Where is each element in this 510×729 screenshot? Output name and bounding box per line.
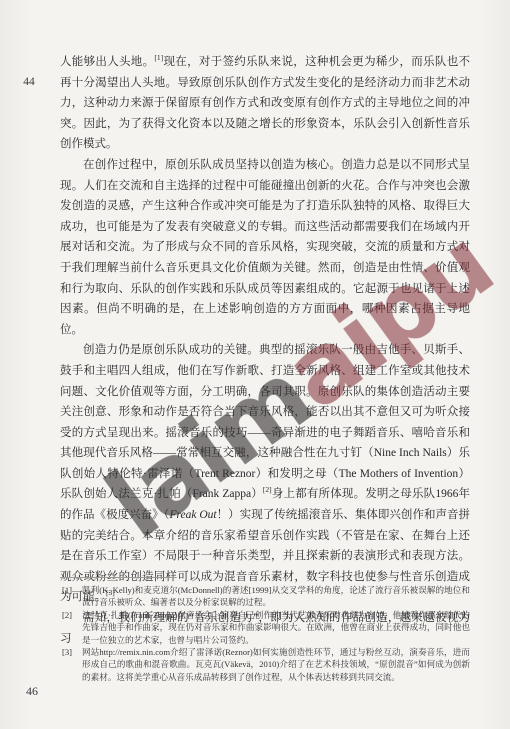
footnote-marker: [3] xyxy=(62,646,82,683)
book-page: 44 人能够出人头地。[1]现在，对于签约乐队来说，这种机会更为稀少，而乐队也不… xyxy=(0,0,510,729)
body-run: 人能够出人头地。 xyxy=(60,56,154,68)
paragraph: 在创作过程中，原创乐队成员坚持以创造为核心。创造力总是以不同形式呈现。人们在交流… xyxy=(60,155,470,340)
footnote-item: [3]网站http://remix.nin.com介绍了雷泽诺(Reznor)如… xyxy=(62,646,470,683)
footnote-text: 法兰克·扎帕(Frank Zappa)在音乐会上演奏自己创作的当代艺术音乐时也颇… xyxy=(82,609,470,646)
footnote-divider xyxy=(60,577,176,578)
footnote-marker: [2] xyxy=(62,609,82,646)
footnote-reference: [2] xyxy=(263,486,272,495)
body-run: 在创作过程中，原创乐队成员坚持以创造为核心。创造力总是以不同形式呈现。人们在交流… xyxy=(60,159,470,336)
footnote-text: 凯利(K. Kelly)和麦克道尔(McDonnell)的著述[1999]从交叉… xyxy=(82,584,470,609)
footnote-reference: [1] xyxy=(154,53,163,62)
footnotes: [1]凯利(K. Kelly)和麦克道尔(McDonnell)的著述[1999]… xyxy=(62,584,470,683)
body-run: 创造力仍是原创乐队成功的关键。典型的摇滚乐队一般由吉他手、贝斯手、鼓手和主唱四人… xyxy=(60,344,470,500)
bottom-page-number: 46 xyxy=(26,684,38,699)
footnote-item: [2]法兰克·扎帕(Frank Zappa)在音乐会上演奏自己创作的当代艺术音乐… xyxy=(62,609,470,646)
body-run: 现在，对于签约乐队来说，这种机会更为稀少，而乐队也不再十分渴望出人头地。导致原创… xyxy=(60,56,470,150)
body-text: 人能够出人头地。[1]现在，对于签约乐队来说，这种机会更为稀少，而乐队也不再十分… xyxy=(60,52,470,649)
footnote-item: [1]凯利(K. Kelly)和麦克道尔(McDonnell)的著述[1999]… xyxy=(62,584,470,609)
footnote-text: 网站http://remix.nin.com介绍了雷泽诺(Reznor)如何实施… xyxy=(82,646,470,683)
footnote-marker: [1] xyxy=(62,584,82,609)
paragraph: 创造力仍是原创乐队成功的关键。典型的摇滚乐队一般由吉他手、贝斯手、鼓手和主唱四人… xyxy=(60,340,470,608)
paragraph: 人能够出人头地。[1]现在，对于签约乐队来说，这种机会更为稀少，而乐队也不再十分… xyxy=(60,52,470,155)
margin-page-number: 44 xyxy=(16,76,42,88)
italic-title: Freak Out xyxy=(169,509,216,521)
